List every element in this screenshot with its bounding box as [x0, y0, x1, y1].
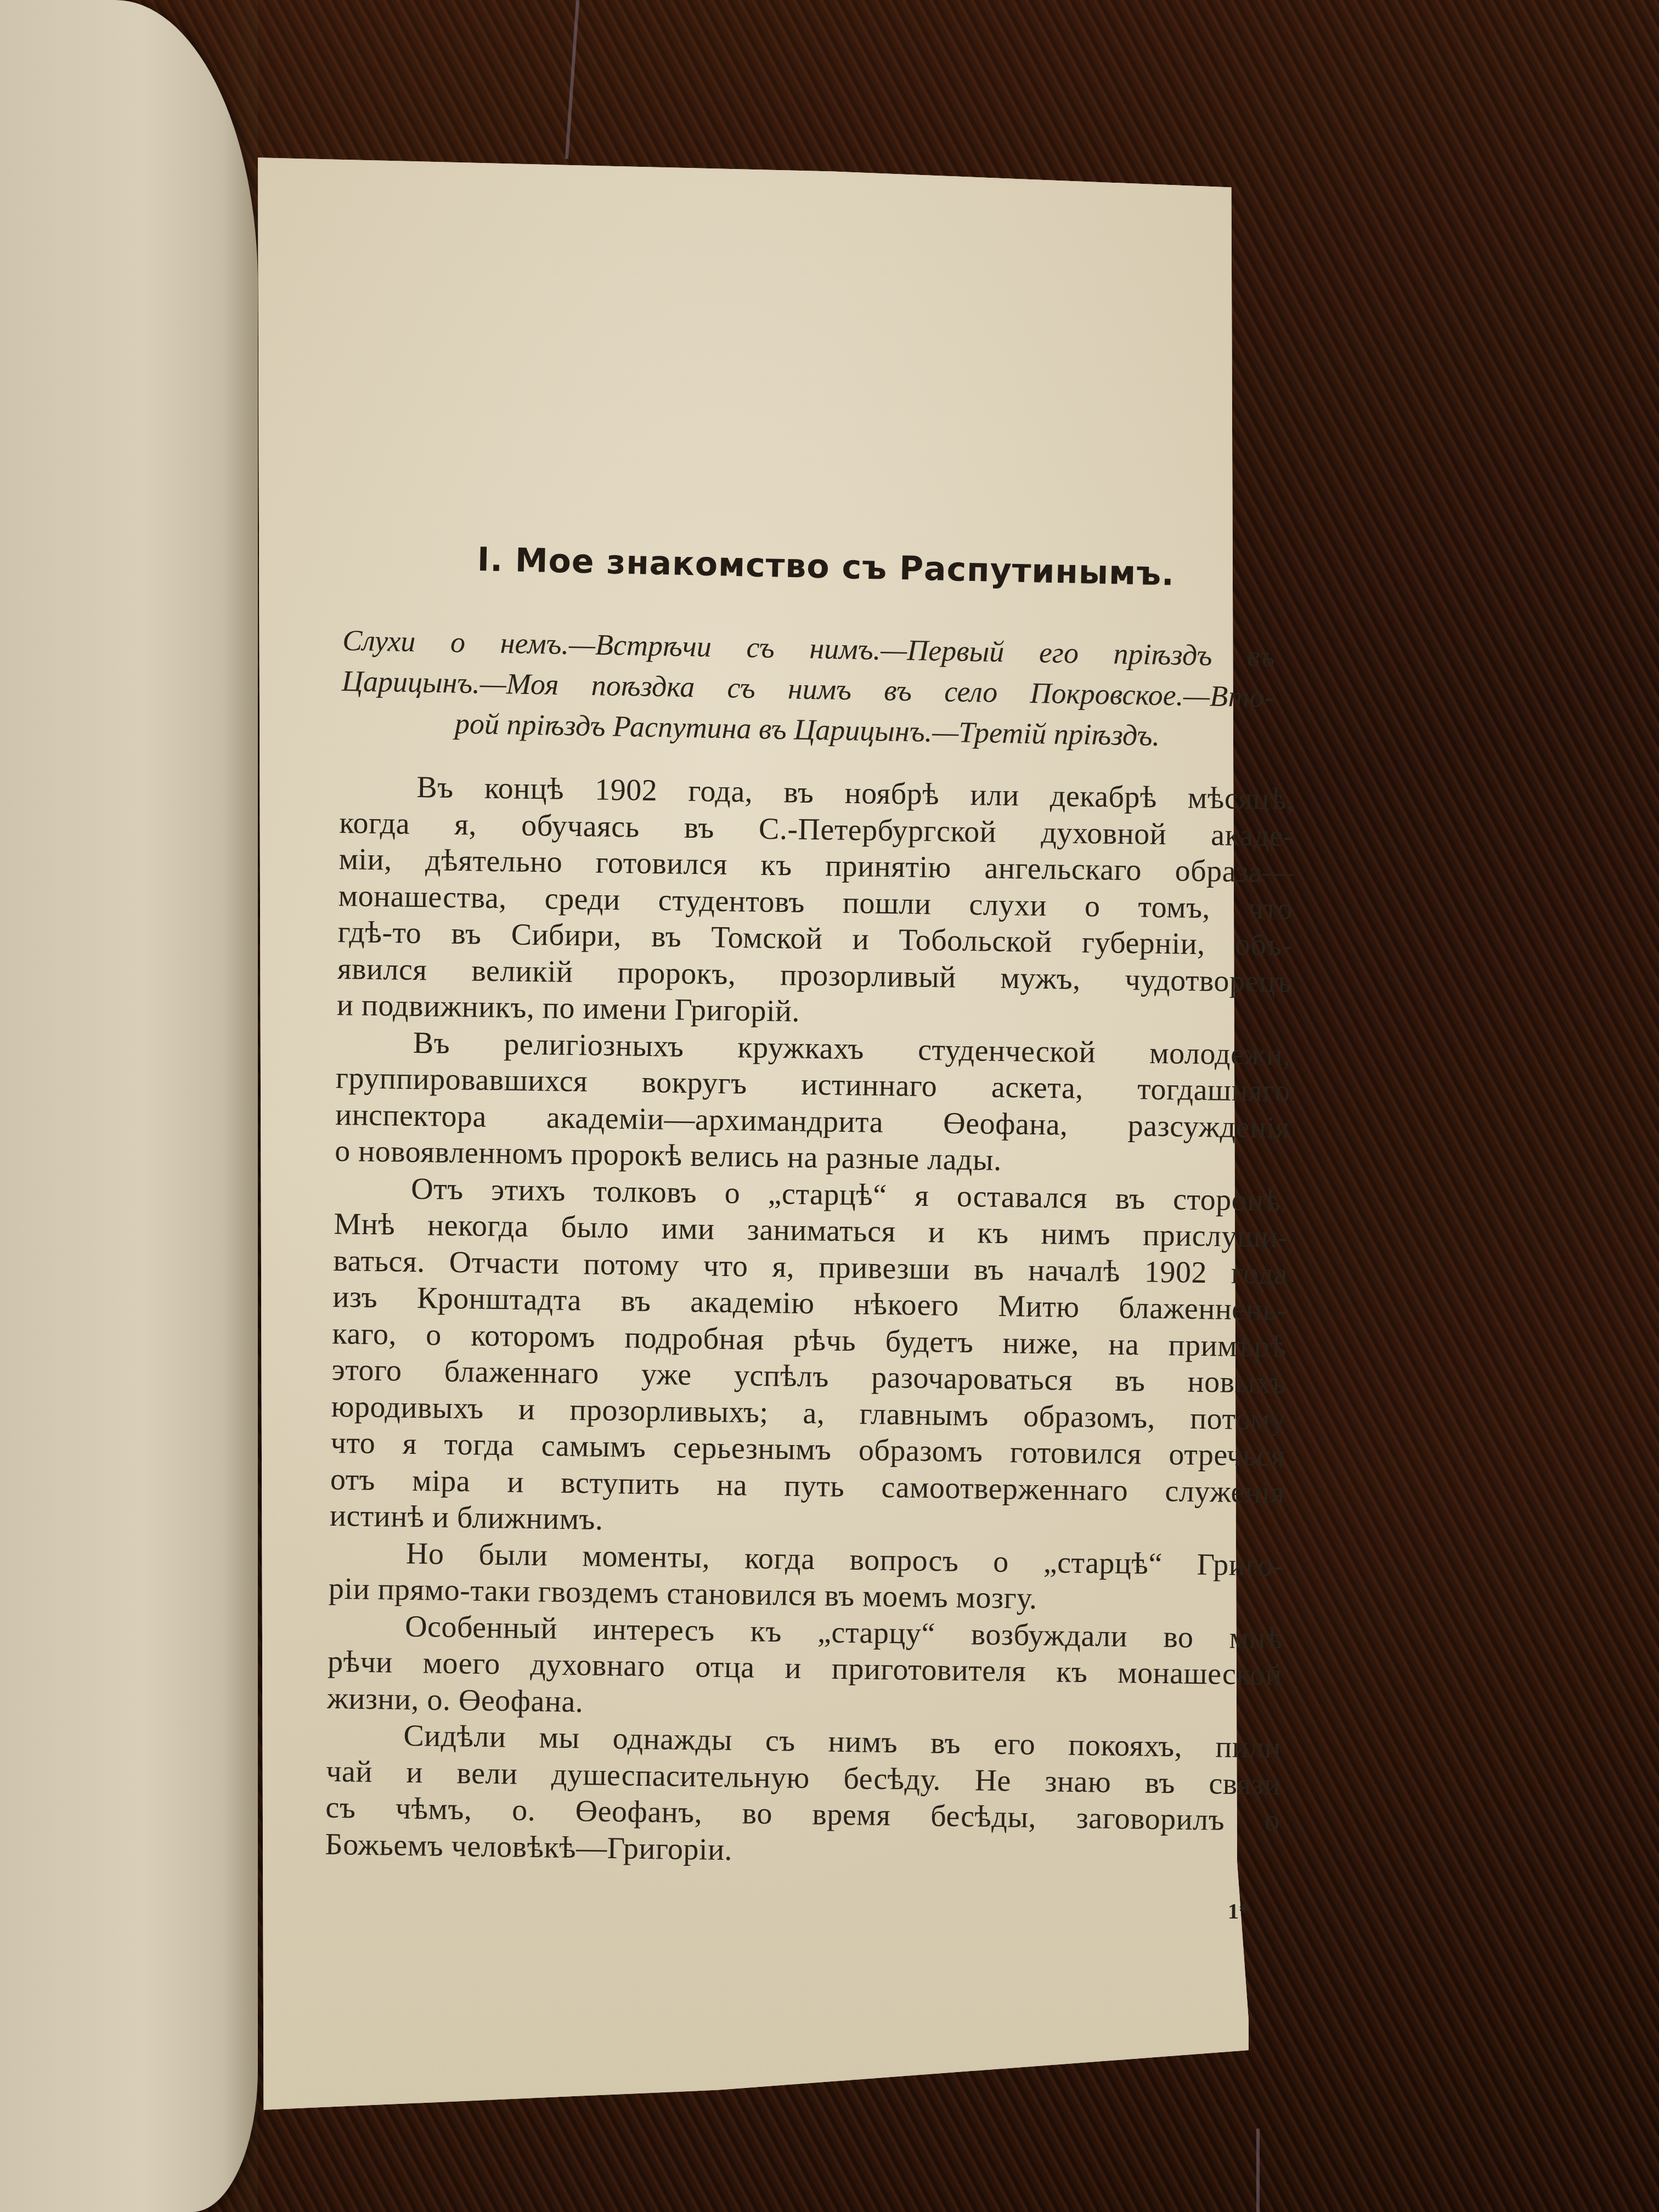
page-number: 1* — [1228, 1898, 1250, 1924]
left-facing-page — [0, 0, 258, 2212]
chapter-title: I. Мое знакомство съ Распутинымъ. — [477, 540, 1410, 599]
chapter-summary: Слухи о немъ.—Встрѣчи съ нимъ.—Первый ег… — [341, 620, 1276, 758]
body-text: Въ концѣ 1902 года, въ ноябрѣ или декабр… — [325, 768, 1295, 1876]
page-content: I. Мое знакомство съ Распутинымъ. Слухи … — [258, 0, 1410, 2212]
